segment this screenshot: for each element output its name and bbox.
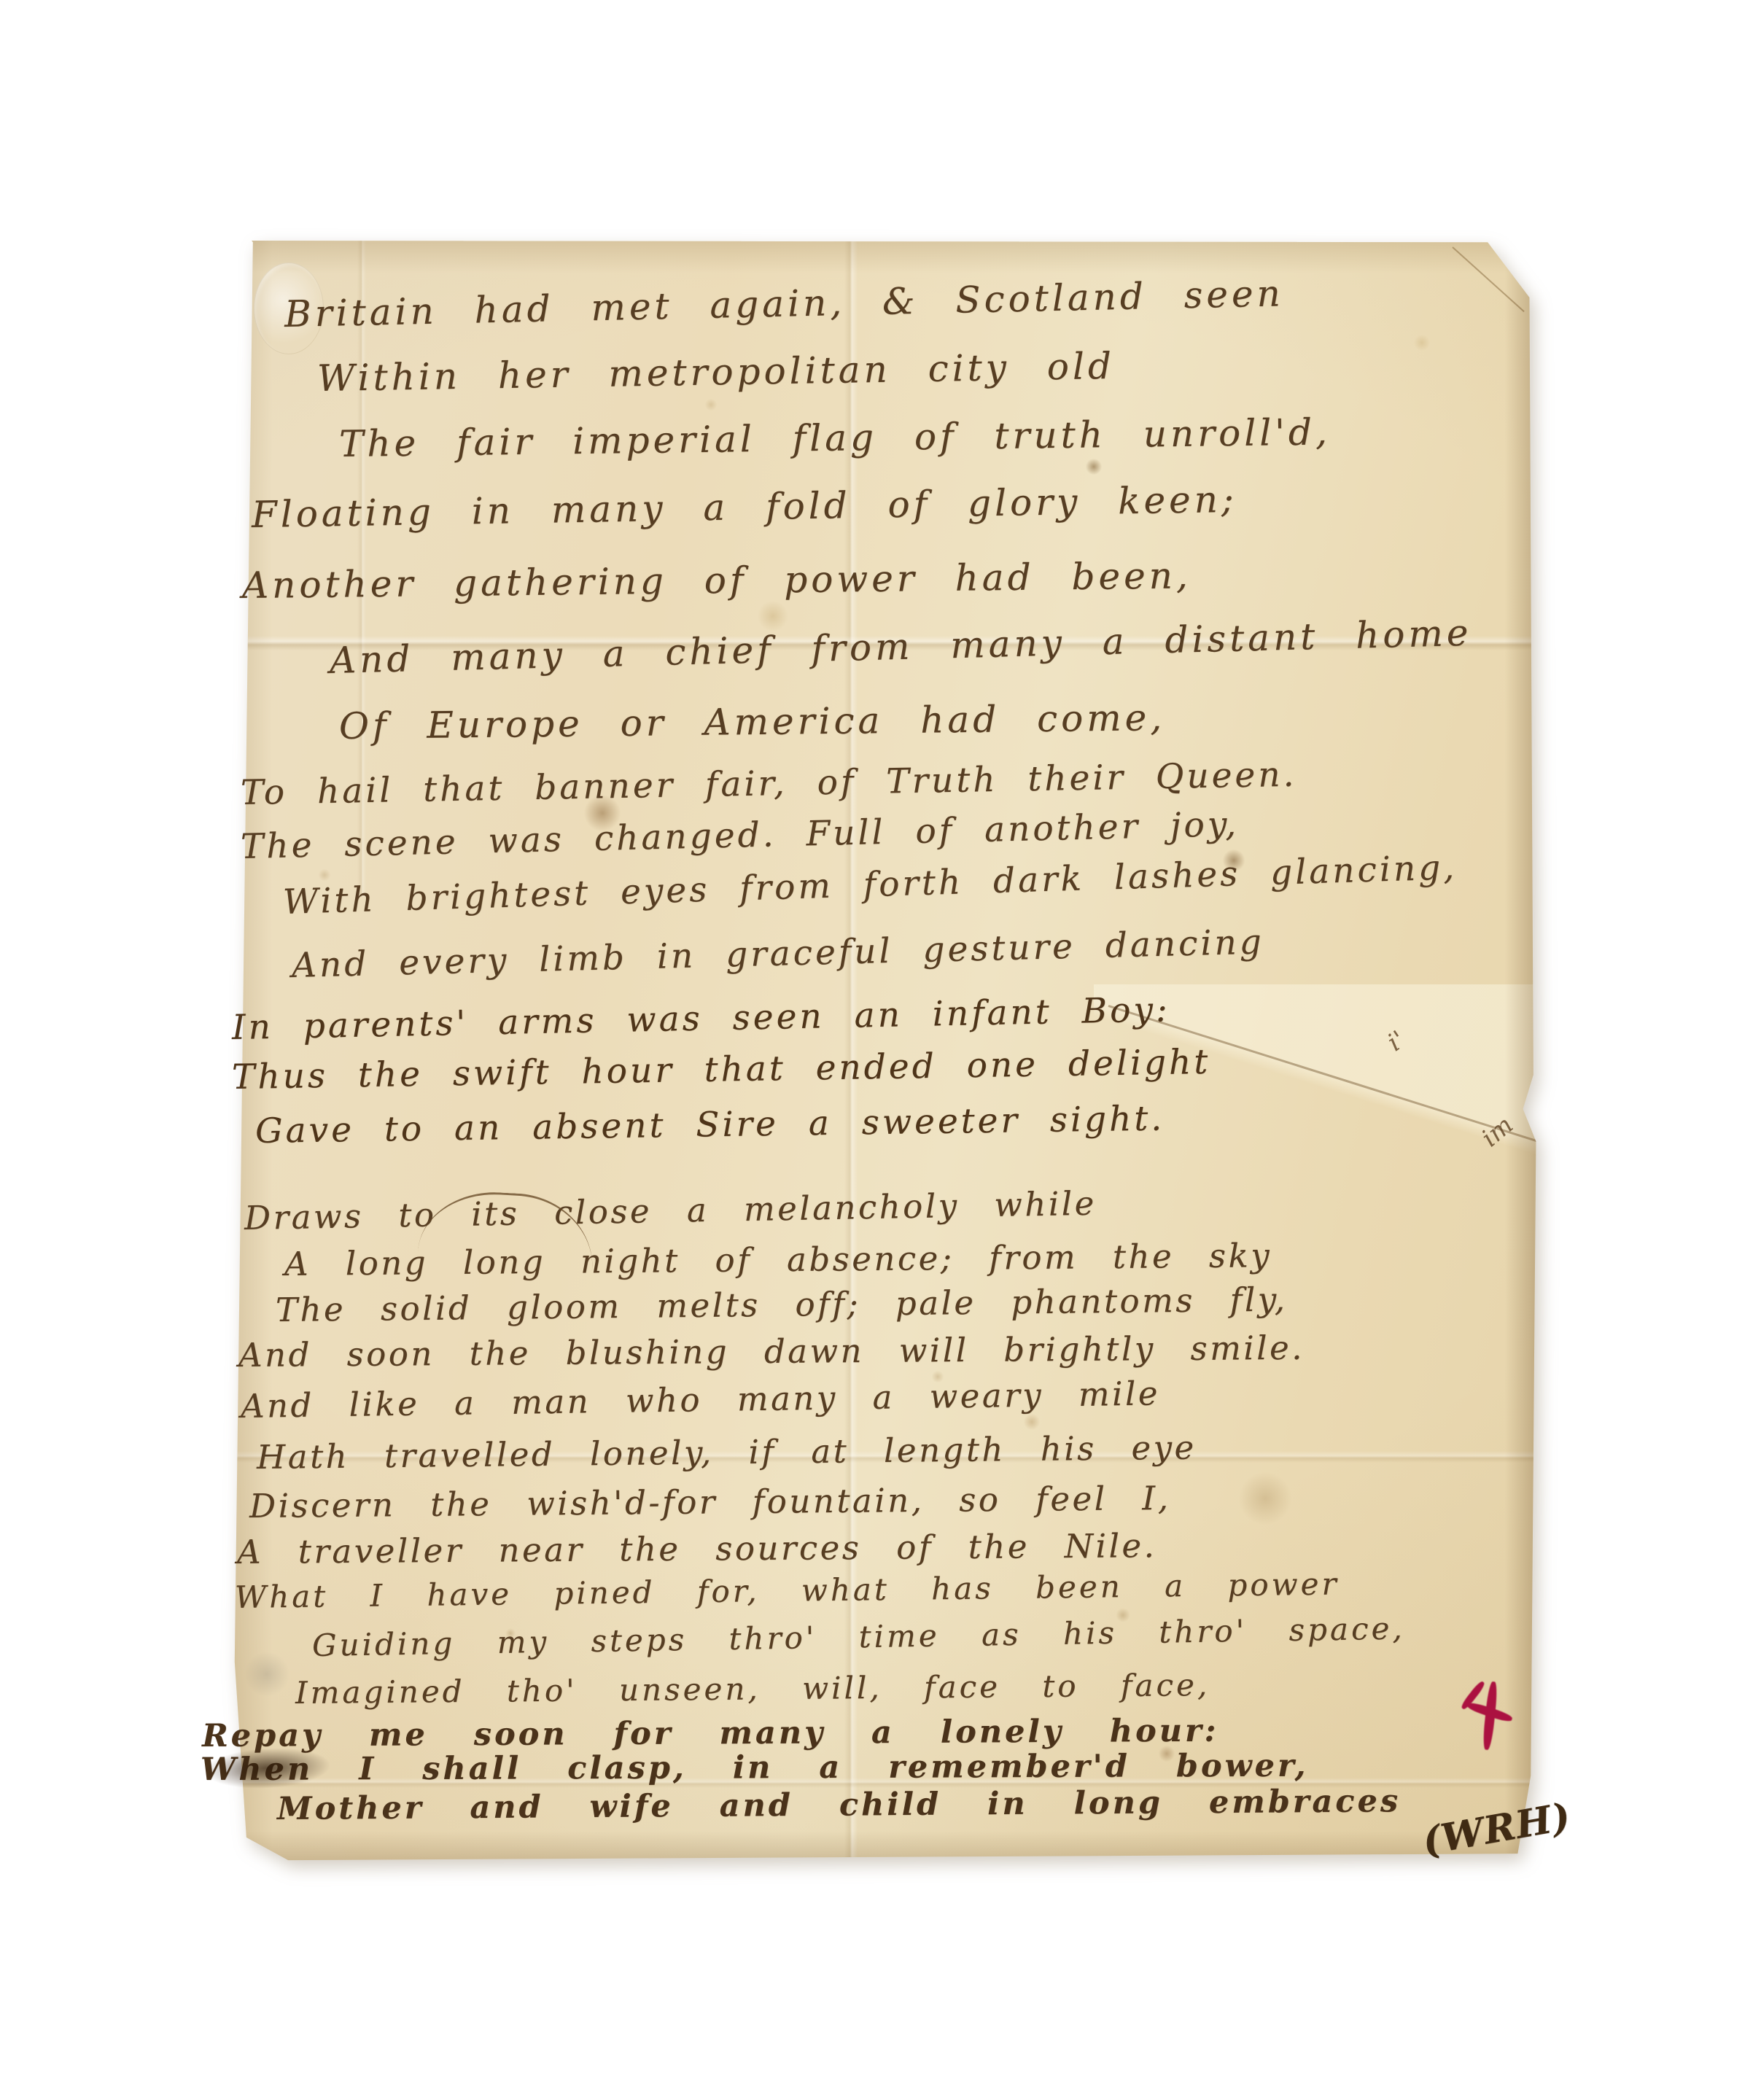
torn-corner-flap [1094,984,1539,1174]
manuscript-paper [233,241,1539,1867]
ink-blot-overwrite [205,1746,331,1792]
foxing-stains [233,241,1539,1867]
clipped-corner-fold [1452,246,1524,312]
embossed-seal [254,262,324,354]
tear-crease-line [1108,1005,1540,1143]
paper-edge-shading [233,241,1539,1867]
photo-background: Britain had met again, & Scotland seenWi… [0,0,1761,2100]
fold-crease-horizontal-lower [233,1778,1539,1788]
fold-crease-horizontal-middle [233,1451,1539,1463]
fold-crease-vertical [844,241,858,1867]
fold-crease-horizontal-upper [233,636,1539,650]
fold-crease-vertical-faint [357,241,366,897]
red-ink-cross-mark [1468,1681,1512,1750]
